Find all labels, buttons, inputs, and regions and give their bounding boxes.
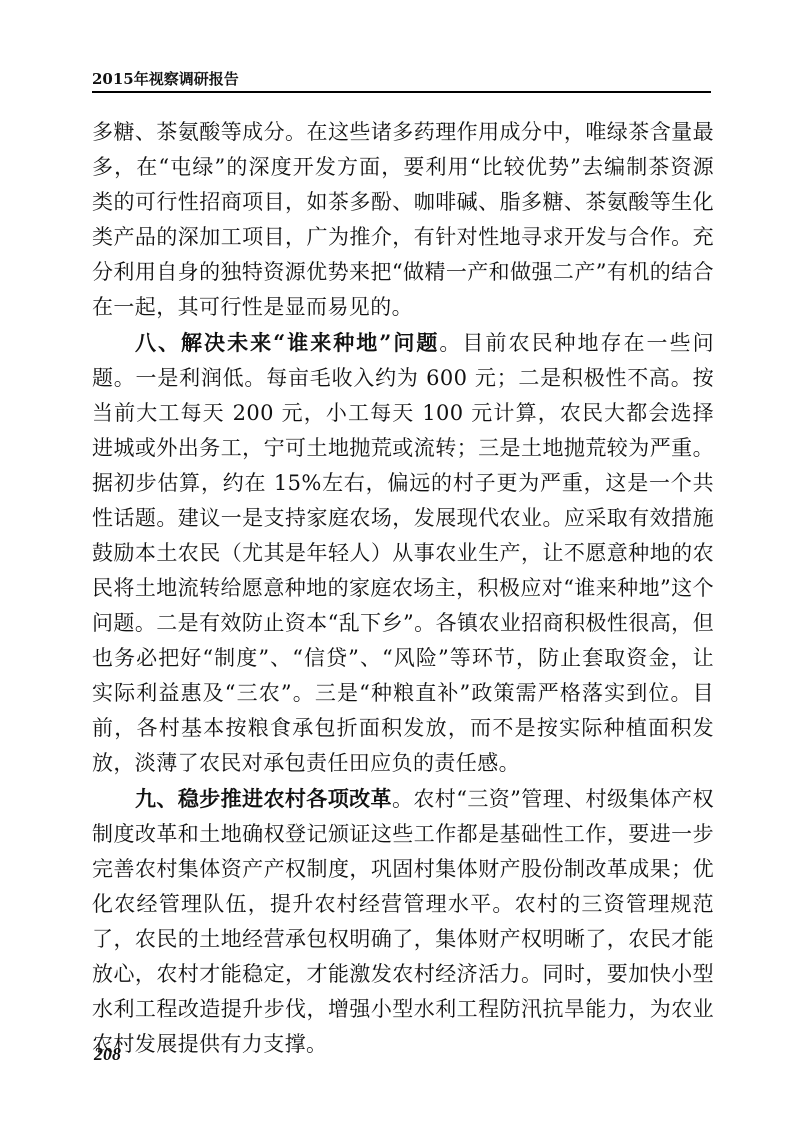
running-header-title: 2015年视察调研报告 (92, 70, 239, 88)
paragraph-text: 。农村“三资”管理、村级集体产权制度改革和土地确权登记颁证这些工作都是基础性工作… (92, 787, 714, 1056)
header-rule (92, 91, 711, 93)
section-heading-9: 九、稳步推进农村各项改革 (135, 786, 392, 811)
section-heading-8: 八、解决未来“谁来种地”问题 (135, 330, 439, 355)
paragraph-section-8: 八、解决未来“谁来种地”问题。目前农民种地存在一些问题。一是利润低。每亩毛收入约… (92, 325, 714, 781)
paragraph-text: 。目前农民种地存在一些问题。一是利润低。每亩毛收入约为 600 元；二是积极性不… (92, 331, 714, 775)
page-number: 208 (94, 1044, 121, 1065)
paragraph-section-9: 九、稳步推进农村各项改革。农村“三资”管理、村级集体产权制度改革和土地确权登记颁… (92, 781, 714, 1062)
body-text: 多糖、茶氨酸等成分。在这些诸多药理作用成分中，唯绿茶含量最多，在“屯绿”的深度开… (92, 115, 714, 1062)
paragraph-text: 多糖、茶氨酸等成分。在这些诸多药理作用成分中，唯绿茶含量最多，在“屯绿”的深度开… (92, 120, 714, 319)
paragraph-continuation: 多糖、茶氨酸等成分。在这些诸多药理作用成分中，唯绿茶含量最多，在“屯绿”的深度开… (92, 115, 714, 325)
